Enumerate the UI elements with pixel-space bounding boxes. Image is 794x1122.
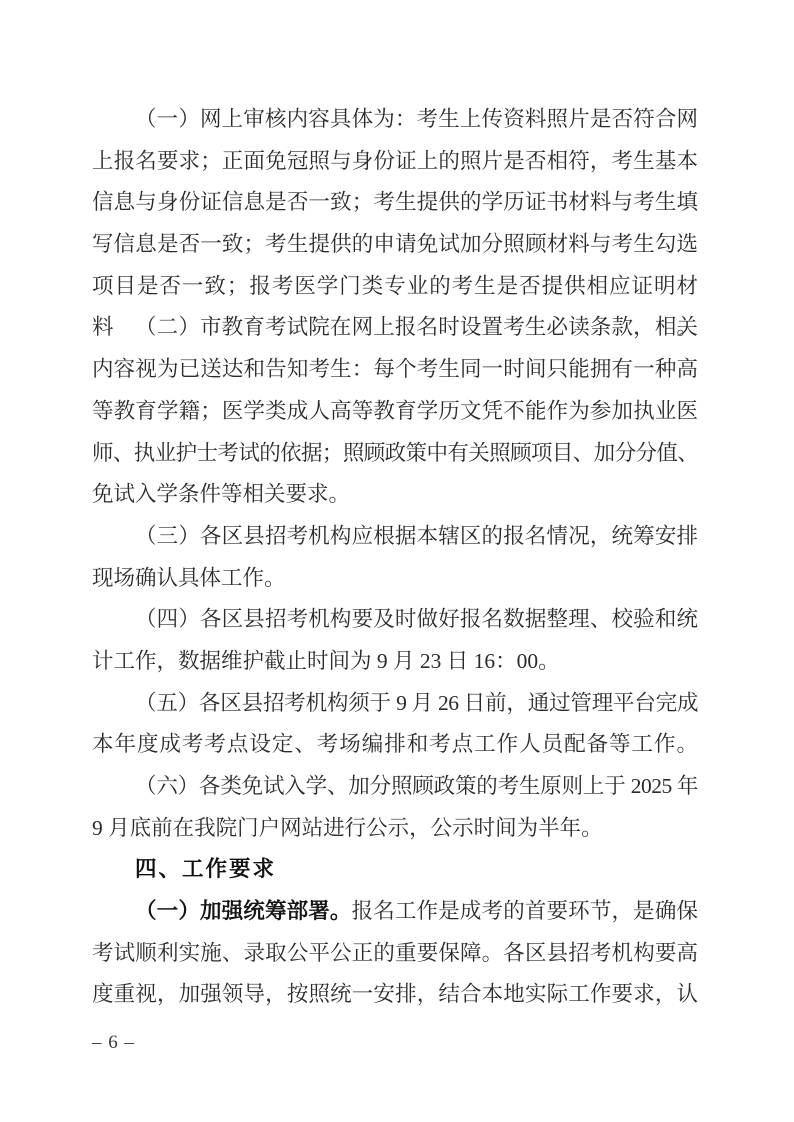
paragraph-line: 师、执业护士考试的依据；照顾政策中有关照顾项目、加分分值、 <box>92 433 698 475</box>
paragraph-line: 本年度成考考点设定、考场编排和考点工作人员配备等工作。 <box>92 724 698 766</box>
paragraph-line: （三）各区县招考机构应根据本辖区的报名情况，统筹安排 <box>92 516 698 558</box>
paragraph-line: 等教育学籍；医学类成人高等教育学历文凭不能作为参加执业医 <box>92 391 698 433</box>
paragraph-line: （五）各区县招考机构须于 9 月 26 日前，通过管理平台完成 <box>92 683 698 725</box>
paragraph-line: 现场确认具体工作。 <box>92 558 698 600</box>
document-page: （一）网上审核内容具体为：考生上传资料照片是否符合网 上报名要求；正面免冠照与身… <box>0 0 794 1122</box>
paragraph-line: 免试入学条件等相关要求。 <box>92 474 698 516</box>
paragraph-line-rest: 报名工作是成考的首要环节，是确保 <box>352 899 698 923</box>
page-number: – 6 – <box>92 1031 135 1055</box>
paragraph-line: 内容视为已送达和告知考生：每个考生同一时间只能拥有一种高 <box>92 349 698 391</box>
paragraph-line: （四）各区县招考机构要及时做好报名数据整理、校验和统 <box>92 599 698 641</box>
paragraph-line: 上报名要求；正面免冠照与身份证上的照片是否相符，考生基本 <box>92 141 698 183</box>
paragraph-line: （一）网上审核内容具体为：考生上传资料照片是否符合网 <box>92 99 698 141</box>
bold-lead-in: （一）加强统筹部署。 <box>135 899 352 923</box>
paragraph-line: （二）市教育考试院在网上报名时设置考生必读条款，相关 <box>92 307 698 349</box>
paragraph-line: 度重视，加强领导，按照统一安排，结合本地实际工作要求，认 <box>92 974 698 1016</box>
paragraph-line: 写信息是否一致；考生提供的申请免试加分照顾材料与考生勾选 <box>92 224 698 266</box>
paragraph-line: 项目是否一致；报考医学门类专业的考生是否提供相应证明材料。 <box>92 266 698 308</box>
paragraph-line: 考试顺利实施、录取公平公正的重要保障。各区县招考机构要高 <box>92 933 698 975</box>
paragraph-line: （六）各类免试入学、加分照顾政策的考生原则上于 2025 年 <box>92 766 698 808</box>
paragraph-line: （一）加强统筹部署。报名工作是成考的首要环节，是确保 <box>92 891 698 933</box>
paragraph-line: 9 月底前在我院门户网站进行公示，公示时间为半年。 <box>92 808 698 850</box>
section-heading: 四、工作要求 <box>92 849 698 891</box>
text-block: （一）网上审核内容具体为：考生上传资料照片是否符合网 上报名要求；正面免冠照与身… <box>92 99 698 1016</box>
paragraph-line: 信息与身份证信息是否一致；考生提供的学历证书材料与考生填 <box>92 182 698 224</box>
paragraph-line: 计工作，数据维护截止时间为 9 月 23 日 16：00。 <box>92 641 698 683</box>
